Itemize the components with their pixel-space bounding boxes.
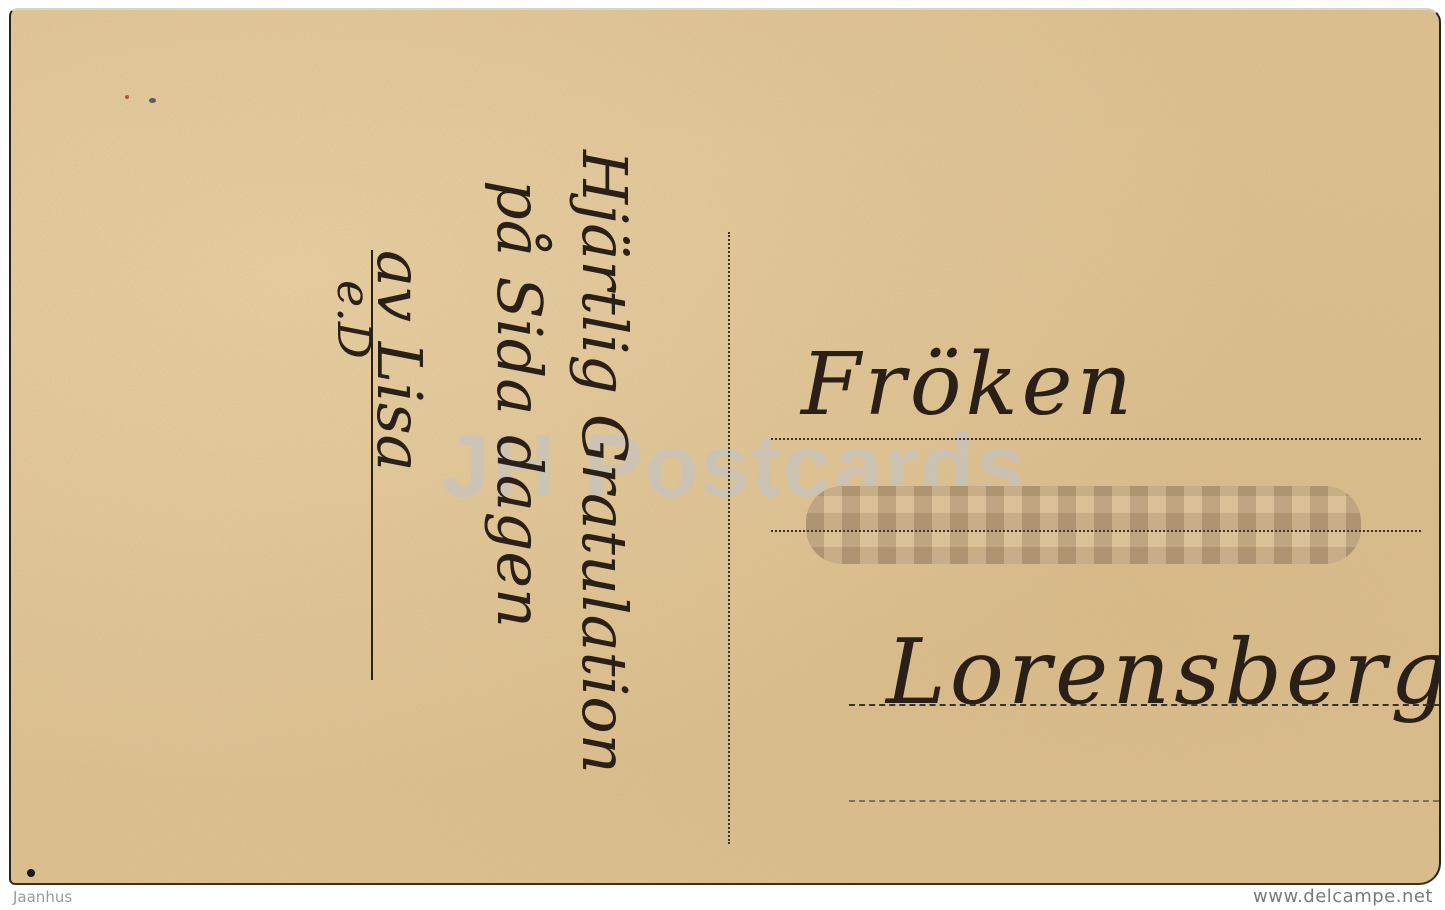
- seller-caption: Jaanhus: [13, 888, 72, 906]
- ink-dot: [27, 869, 35, 877]
- address-title: Fröken: [801, 335, 1136, 435]
- address-line-3: [849, 704, 1439, 706]
- recipient-name-pixelated: [806, 486, 1361, 564]
- site-caption[interactable]: www.delcampe.net: [1253, 886, 1433, 907]
- message-initials: e.D: [327, 280, 381, 359]
- ink-speck: [149, 98, 156, 103]
- handwritten-message: Hjärtlig Gratulation på Sida dagen av Li…: [341, 150, 651, 870]
- message-line-1: Hjärtlig Gratulation: [568, 150, 641, 774]
- address-line-1: [771, 438, 1421, 440]
- center-divider: [728, 232, 730, 844]
- postcard-back: JH Postcards Hjärtlig Gratulation på Sid…: [9, 8, 1441, 885]
- address-city: Lorensberg: [886, 620, 1441, 725]
- address-line-2: [771, 530, 1421, 532]
- rust-speck: [125, 95, 129, 99]
- address-line-4: [849, 800, 1439, 802]
- message-line-2: på Sida dagen: [483, 180, 556, 628]
